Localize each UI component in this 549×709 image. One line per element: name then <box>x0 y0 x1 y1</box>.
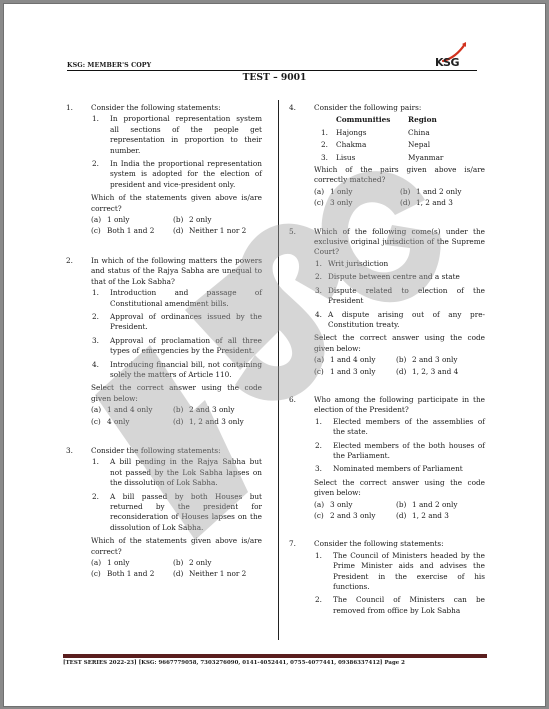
question-number: 2. <box>66 256 73 266</box>
option-c[interactable]: (c)3 only <box>314 198 400 208</box>
pairs-header-region: Region <box>408 115 485 125</box>
answer-options: (a)1 only (b)1 and 2 only (c)3 only (d)1… <box>314 187 485 209</box>
pair-region: Myanmar <box>408 153 485 163</box>
question-2: 2. In which of the following matters the… <box>66 256 262 427</box>
option-d[interactable]: (d)1, 2 and 3 <box>400 198 485 208</box>
question-prompt: Select the correct answer using the code… <box>91 383 262 404</box>
pair-community: Chakma <box>336 140 408 150</box>
footer-bar <box>63 654 487 658</box>
statement: 2.Elected members of the both houses of … <box>314 441 485 462</box>
statement: 2.In India the proportional representati… <box>91 159 262 190</box>
answer-options: (a)1 only (b)2 only (c)Both 1 and 2 (d)N… <box>91 215 262 237</box>
option-b[interactable]: (b)2 only <box>173 558 262 568</box>
statement: 1.In proportional representation system … <box>91 114 262 156</box>
option-a[interactable]: (a)1 only <box>91 558 173 568</box>
answer-options: (a)1 and 4 only (b)2 and 3 only (c)4 onl… <box>91 405 262 427</box>
column-divider <box>278 100 279 640</box>
question-prompt: Select the correct answer using the code… <box>314 478 485 499</box>
document-page: KSG: MEMBER'S COPY KSG TEST – 9001 1. Co… <box>3 3 546 707</box>
question-6: 6. Who among the following participate i… <box>289 395 485 521</box>
pairs-table: Communities Region 1. Hajongs China 2. C… <box>314 115 485 163</box>
pair-community: Hajongs <box>336 128 408 138</box>
question-prompt: Select the correct answer using the code… <box>314 333 485 354</box>
statement: 3.Dispute related to election of the Pre… <box>314 286 485 307</box>
statement: 2.Dispute between centre and a state <box>314 272 485 282</box>
question-number: 1. <box>66 103 73 113</box>
question-7: 7. Consider the following statements: 1.… <box>289 539 485 616</box>
answer-options: (a)1 and 4 only (b)2 and 3 only (c)1 and… <box>314 355 485 377</box>
option-d[interactable]: (d)1, 2, 3 and 4 <box>396 367 485 377</box>
question-number: 3. <box>66 446 73 456</box>
test-title: TEST – 9001 <box>4 72 545 83</box>
statement: 1.Elected members of the assemblies of t… <box>314 417 485 438</box>
option-b[interactable]: (b)2 and 3 only <box>173 405 262 415</box>
question-3: 3. Consider the following statements: 1.… <box>66 446 262 580</box>
question-stem: Consider the following statements: <box>91 103 262 113</box>
question-stem: Consider the following statements: <box>91 446 262 456</box>
option-a[interactable]: (a)1 only <box>314 187 400 197</box>
statement: 1.A bill pending in the Rajya Sabha but … <box>91 457 262 488</box>
option-a[interactable]: (a)1 and 4 only <box>91 405 173 415</box>
statement: 1.Introduction and passage of Constituti… <box>91 288 262 309</box>
question-prompt: Which of the pairs given above is/are co… <box>314 165 485 186</box>
question-stem: Who among the following participate in t… <box>314 395 485 416</box>
option-b[interactable]: (b)1 and 2 only <box>400 187 485 197</box>
pair-community: Lisus <box>336 153 408 163</box>
option-d[interactable]: (d)Neither 1 nor 2 <box>173 226 262 236</box>
pair-number: 3. <box>314 153 336 163</box>
pair-region: Nepal <box>408 140 485 150</box>
statement: 1.Writ jurisdiction <box>314 259 485 269</box>
option-c[interactable]: (c)Both 1 and 2 <box>91 569 173 579</box>
answer-options: (a)1 only (b)2 only (c)Both 1 and 2 (d)N… <box>91 558 262 580</box>
option-d[interactable]: (d)1, 2 and 3 only <box>173 417 262 427</box>
pair-number: 1. <box>314 128 336 138</box>
option-c[interactable]: (c)Both 1 and 2 <box>91 226 173 236</box>
question-number: 6. <box>289 395 296 405</box>
option-b[interactable]: (b)2 only <box>173 215 262 225</box>
question-stem: Consider the following pairs: <box>314 103 485 113</box>
option-a[interactable]: (a)3 only <box>314 500 396 510</box>
statement: 3.Approval of proclamation of all three … <box>91 336 262 357</box>
footer-text: [TEST SERIES 2022-23] [KSG: 9667779058, … <box>63 660 487 666</box>
question-number: 5. <box>289 227 296 237</box>
left-column: 1. Consider the following statements: 1.… <box>66 103 262 593</box>
right-column: 4. Consider the following pairs: Communi… <box>289 103 485 629</box>
question-number: 4. <box>289 103 296 113</box>
question-prompt: Which of the statements given above is/a… <box>91 193 262 214</box>
statement: 4.Introducing financial bill, not contai… <box>91 360 262 381</box>
question-stem: Consider the following statements: <box>314 539 485 549</box>
statement: 2.Approval of ordinances issued by the P… <box>91 312 262 333</box>
question-stem: Which of the following come(s) under the… <box>314 227 485 258</box>
question-number: 7. <box>289 539 296 549</box>
statement: 2.The Council of Ministers can be remove… <box>314 595 485 616</box>
option-b[interactable]: (b)1 and 2 only <box>396 500 485 510</box>
option-d[interactable]: (d)1, 2 and 3 <box>396 511 485 521</box>
statement: 3.Nominated members of Parliament <box>314 464 485 474</box>
option-a[interactable]: (a)1 only <box>91 215 173 225</box>
ksg-logo: KSG <box>435 41 471 69</box>
option-b[interactable]: (b)2 and 3 only <box>396 355 485 365</box>
page-header: KSG: MEMBER'S COPY KSG <box>67 40 477 71</box>
question-prompt: Which of the statements given above is/a… <box>91 536 262 557</box>
pair-region: China <box>408 128 485 138</box>
question-1: 1. Consider the following statements: 1.… <box>66 103 262 237</box>
statement: 1.The Council of Ministers headed by the… <box>314 551 485 593</box>
member-copy-label: KSG: MEMBER'S COPY <box>67 62 151 69</box>
option-d[interactable]: (d)Neither 1 nor 2 <box>173 569 262 579</box>
option-c[interactable]: (c)4 only <box>91 417 173 427</box>
statement: 4.A dispute arising out of any pre-Const… <box>314 310 485 331</box>
answer-options: (a)3 only (b)1 and 2 only (c)2 and 3 onl… <box>314 500 485 522</box>
pair-number: 2. <box>314 140 336 150</box>
logo-text: KSG <box>435 56 459 69</box>
question-4: 4. Consider the following pairs: Communi… <box>289 103 485 209</box>
statement: 2.A bill passed by both Houses but retur… <box>91 492 262 534</box>
option-a[interactable]: (a)1 and 4 only <box>314 355 396 365</box>
pairs-header-communities: Communities <box>336 115 408 125</box>
question-5: 5. Which of the following come(s) under … <box>289 227 485 377</box>
option-c[interactable]: (c)2 and 3 only <box>314 511 396 521</box>
question-stem: In which of the following matters the po… <box>91 256 262 287</box>
option-c[interactable]: (c)1 and 3 only <box>314 367 396 377</box>
